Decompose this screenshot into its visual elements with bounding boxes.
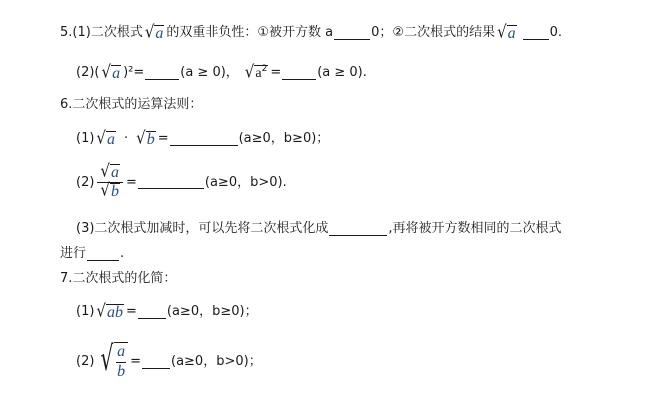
q6-p1-label: (1) (76, 130, 94, 148)
q7-heading-text: 7.二次根式的化简： (60, 270, 176, 288)
answer-blank[interactable] (334, 27, 370, 40)
q5-p1-mid: 的双重非负性：①被开方数 a (166, 24, 333, 42)
q7-p1-cond: (a≥0，b≥0)； (167, 303, 258, 321)
sqrt-a: √a (497, 25, 517, 42)
radical-icon: √ (100, 182, 110, 202)
equals: = (130, 353, 141, 371)
q7-p2-label: (2) (76, 353, 94, 371)
q5-p1-suffix: 0. (550, 24, 562, 42)
q6-heading-text: 6.二次根式的运算法则： (60, 96, 202, 114)
answer-blank[interactable] (523, 27, 549, 40)
q6-part1: (1) √a · √b = (a≥0，b≥0)； (76, 130, 329, 148)
q6-p3-line2: 进行 (60, 245, 86, 263)
q6-heading: 6.二次根式的运算法则： (60, 96, 202, 114)
q6-part2: (2) √a √b = (a≥0，b>0). (76, 164, 287, 201)
sqrt-a-squared: √a2 (245, 65, 269, 82)
radical-icon: √ (245, 63, 255, 83)
q6-p3-end: . (120, 245, 124, 263)
answer-blank[interactable] (145, 67, 179, 80)
q5-p2-cond1: (a ≥ 0)， (180, 64, 239, 82)
q5-part2: (2)( √a )²= (a ≥ 0)， √a2 = (a ≥ 0). (76, 64, 367, 82)
radical-icon: √ (96, 129, 106, 149)
equals: = (270, 64, 281, 82)
q6-p1-cond: (a≥0，b≥0)； (239, 130, 330, 148)
q7-heading: 7.二次根式的化简： (60, 270, 176, 288)
sqrt-a: √a (96, 131, 116, 148)
q5-p2-prefix: (2)( (76, 64, 100, 82)
sqrt-a: √a (145, 25, 165, 42)
equals: = (158, 130, 169, 148)
sqrt-fraction: √ a b (96, 342, 128, 382)
answer-blank[interactable] (329, 223, 387, 236)
radical-icon: √ (136, 129, 146, 149)
q6-p3-text: (3)二次根式加减时，可以先将二次根式化成 (76, 220, 328, 238)
dot-operator: · (124, 130, 128, 148)
radical-icon: √ (145, 23, 155, 43)
sqrt-a: √a (102, 65, 122, 82)
answer-blank[interactable] (138, 306, 166, 319)
sqrt-ab: √ab (96, 304, 124, 321)
q7-p2-cond: (a≥0，b>0)； (171, 353, 262, 371)
q5-p1-prefix: 5.(1)二次根式 (60, 24, 143, 42)
q6-part3: (3)二次根式加减时，可以先将二次根式化成 ,再将被开方数相同的二次根式 (76, 220, 562, 238)
q6-p2-cond: (a≥0，b>0). (205, 174, 287, 192)
q5-p1-mid-after: 0；②二次根式的结果 (371, 24, 495, 42)
q6-p2-label: (2) (76, 174, 94, 192)
q6-part3-line2: 进行 . (60, 245, 124, 263)
q5-p2-pow: )²= (123, 64, 144, 82)
radical-icon: √ (101, 342, 114, 382)
q7-part1: (1) √ab = (a≥0，b≥0)； (76, 303, 258, 321)
q6-p3-text2: ,再将被开方数相同的二次根式 (388, 220, 561, 238)
equals: = (126, 174, 137, 192)
answer-blank[interactable] (170, 133, 238, 146)
answer-blank[interactable] (142, 356, 170, 369)
radical-icon: √ (102, 63, 112, 83)
equals: = (126, 303, 137, 321)
q5-p2-cond2: (a ≥ 0). (317, 64, 367, 82)
radical-icon: √ (96, 302, 106, 322)
sqrt-b: √b (100, 183, 120, 200)
answer-blank[interactable] (282, 67, 316, 80)
sqrt-b: √b (136, 131, 156, 148)
q5-part1: 5.(1)二次根式 √a 的双重非负性：①被开方数 a 0；②二次根式的结果 √… (60, 24, 562, 42)
q7-part2: (2) √ a b = (a≥0，b>0)； (76, 342, 262, 382)
fraction: √a √b (97, 164, 123, 201)
radical-icon: √ (497, 23, 507, 43)
answer-blank[interactable] (87, 248, 119, 261)
q7-p1-label: (1) (76, 303, 94, 321)
answer-blank[interactable] (138, 176, 204, 189)
